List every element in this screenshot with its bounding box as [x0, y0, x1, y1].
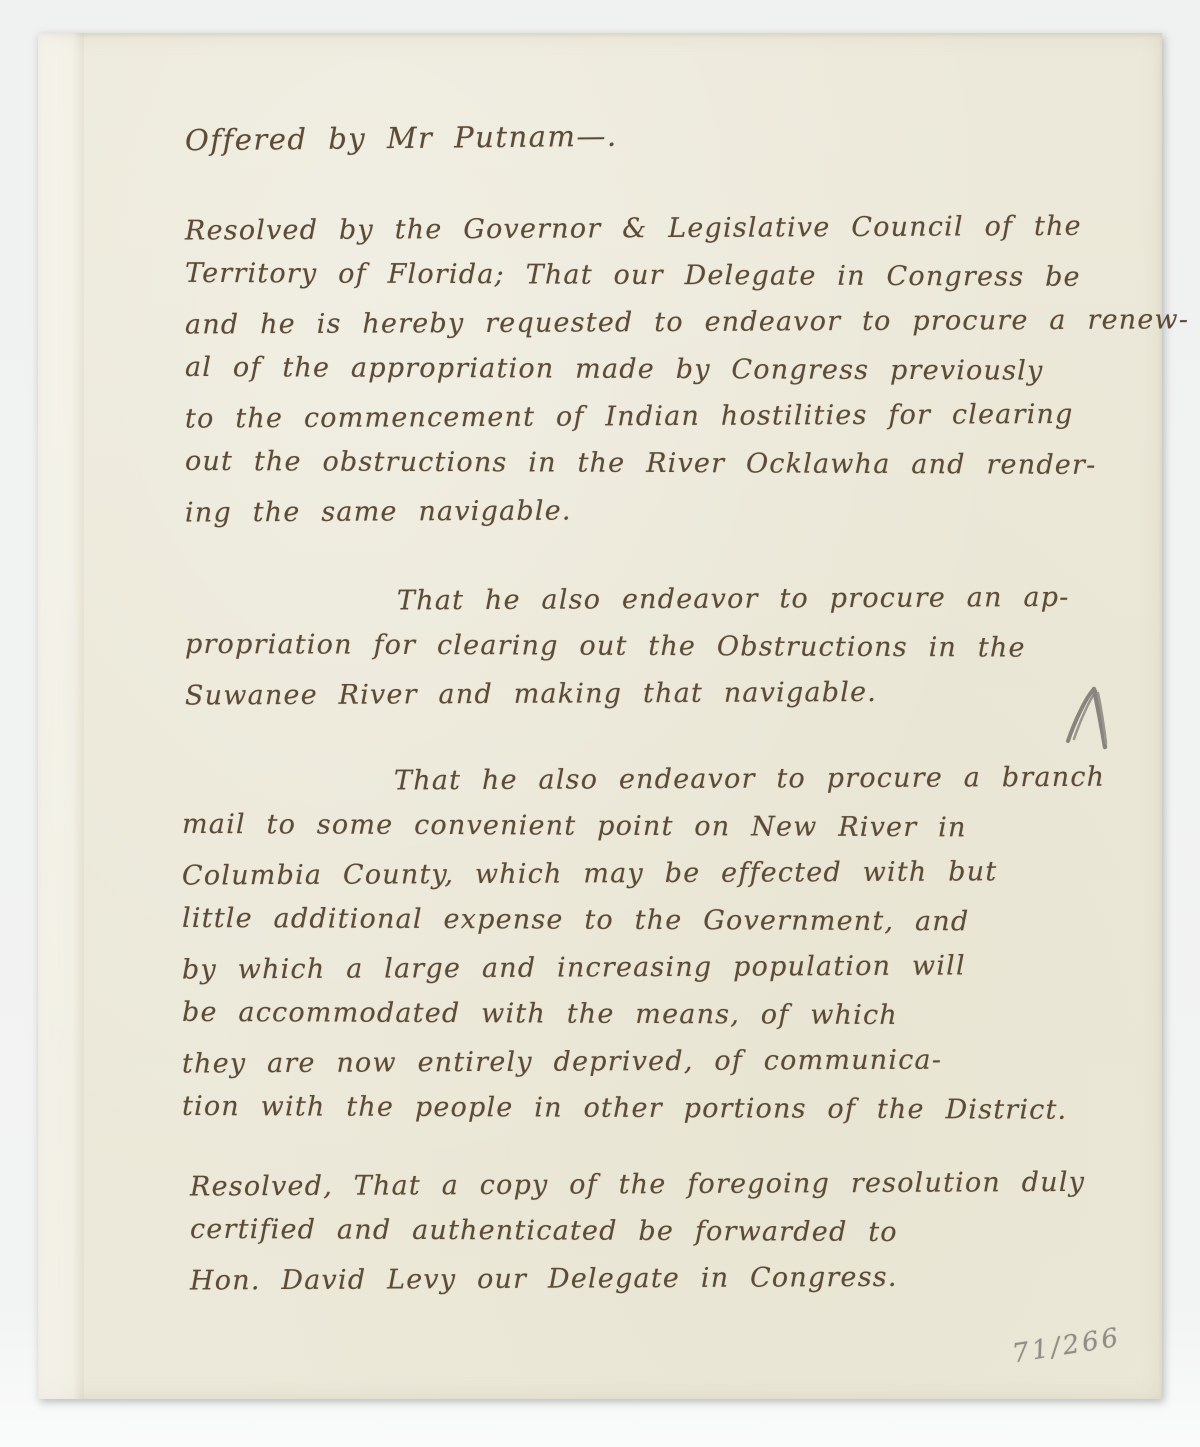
manuscript-line: propriation for clearing out the Obstruc… [185, 621, 1150, 672]
paper-fold-strip [38, 33, 84, 1399]
manuscript-line: Territory of Florida; That our Delegate … [185, 250, 1150, 301]
manuscript-line: al of the appropriation made by Congress… [185, 344, 1150, 395]
archival-page-number: 71/266 [1010, 1323, 1123, 1370]
manuscript-line: out the obstructions in the River Ocklaw… [185, 438, 1150, 489]
manuscript-line: Resolved, That a copy of the foregoing r… [190, 1158, 1155, 1210]
manuscript-line: little additional expense to the Governm… [182, 895, 1147, 946]
manuscript-line: Columbia County, which may be effected w… [182, 847, 1147, 899]
pencil-caret-icon [1060, 681, 1118, 755]
manuscript-line: by which a large and increasing populati… [182, 941, 1147, 993]
manuscript-line: be accommodated with the means, of which [182, 989, 1147, 1040]
manuscript-line: Hon. David Levy our Delegate in Congress… [190, 1252, 1155, 1304]
manuscript-page: Offered by Mr Putnam—. Resolved by the G… [38, 33, 1162, 1399]
docket-heading: Offered by Mr Putnam—. [185, 119, 618, 158]
paragraph-resolved-forward: Resolved, That a copy of the foregoing r… [190, 1161, 1155, 1302]
paragraph-suwanee: That he also endeavor to procure an ap- … [185, 576, 1150, 717]
manuscript-line: mail to some convenient point on New Riv… [182, 801, 1147, 852]
manuscript-line: That he also endeavor to procure an ap- [185, 573, 1150, 625]
paragraph-branch-mail: That he also endeavor to procure a branc… [182, 756, 1147, 1132]
manuscript-line: certified and authenticated be forwarded… [190, 1206, 1155, 1257]
manuscript-line: Resolved by the Governor & Legislative C… [185, 202, 1150, 254]
manuscript-line: to the commencement of Indian hostilitie… [185, 390, 1150, 442]
paragraph-resolved-ocklawha: Resolved by the Governor & Legislative C… [185, 205, 1150, 534]
manuscript-line: Suwanee River and making that navigable. [185, 667, 1150, 719]
scan-background: Offered by Mr Putnam—. Resolved by the G… [0, 0, 1200, 1447]
manuscript-line: That he also endeavor to procure a branc… [182, 753, 1147, 805]
manuscript-line: and he is hereby requested to endeavor t… [185, 296, 1150, 348]
manuscript-line: they are now entirely deprived, of commu… [182, 1035, 1147, 1087]
manuscript-line: tion with the people in other portions o… [182, 1083, 1147, 1134]
manuscript-line: ing the same navigable. [185, 484, 1150, 536]
